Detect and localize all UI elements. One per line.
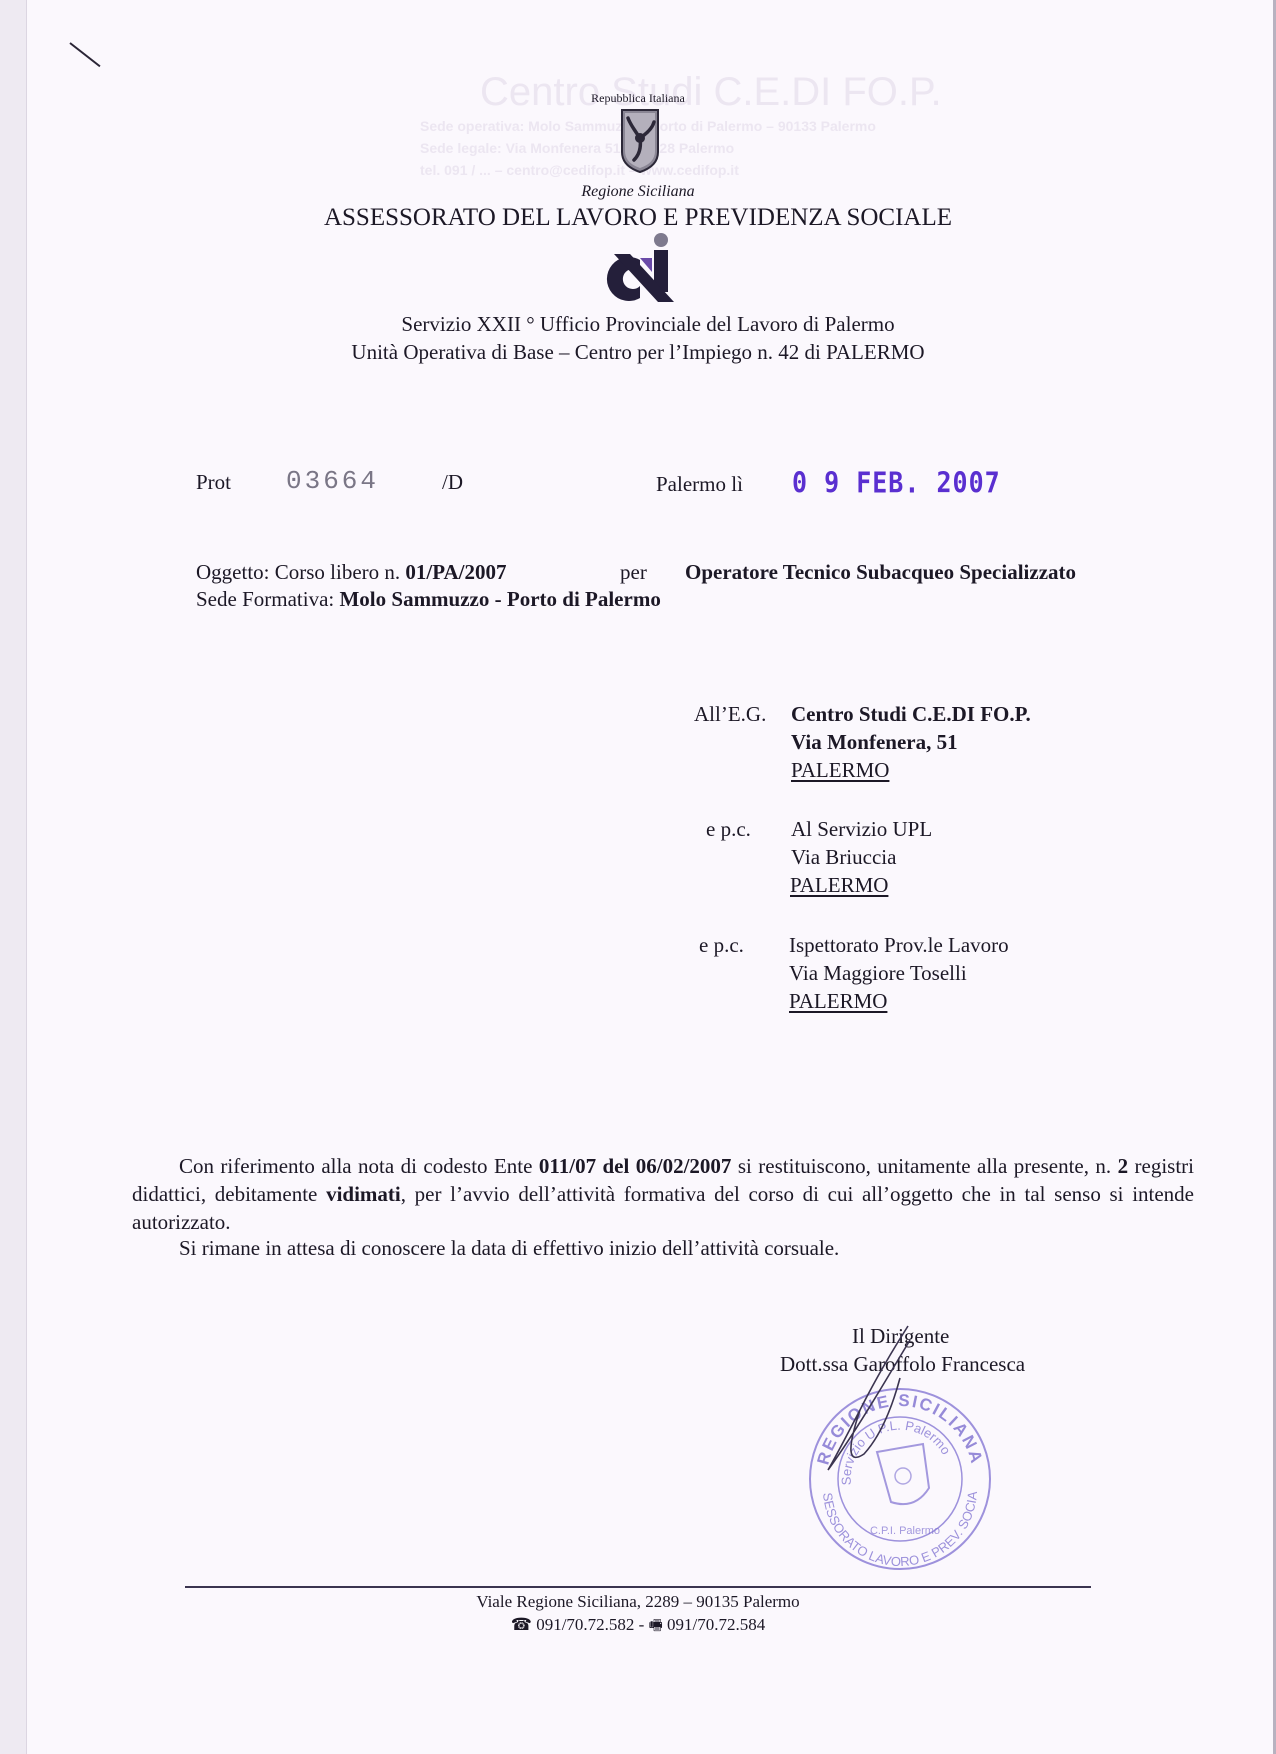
protocol-number: 03664 <box>286 466 379 496</box>
date-stamp: 0 9 FEB. 2007 <box>792 466 1001 499</box>
phone-icon: ☎ <box>511 1615 532 1634</box>
stamp-inner-bottom: C.P.I. Palermo <box>870 1525 940 1537</box>
course-name: Operatore Tecnico Subacqueo Specializzat… <box>685 560 1076 585</box>
republic-label: Repubblica Italiana <box>0 91 1276 106</box>
recipient-city: PALERMO <box>790 873 888 898</box>
fax-icon: 🖷 <box>649 1618 663 1634</box>
fax-number: 091/70.72.584 <box>667 1615 765 1634</box>
recipient-city: PALERMO <box>789 989 887 1014</box>
date-stamp-wrapper: 0 9 FEB. 2007 <box>792 468 1001 497</box>
unit-line: Unità Operativa di Base – Centro per l’I… <box>0 340 1276 365</box>
department-title: ASSESSORATO DEL LAVORO E PREVIDENZA SOCI… <box>0 204 1276 232</box>
recipient-prefix: e p.c. <box>706 817 751 842</box>
recipient-line: Via Monfenera, 51 <box>791 730 958 755</box>
recipient-line: Via Briuccia <box>791 845 896 870</box>
subject-line: Oggetto: Corso libero n. 01/PA/2007 <box>196 560 507 585</box>
place-label: Palermo lì <box>656 472 743 497</box>
recipient-prefix: e p.c. <box>699 933 744 958</box>
venue-line: Sede Formativa: Molo Sammuzzo - Porto di… <box>196 587 661 612</box>
course-number: 01/PA/2007 <box>405 560 506 584</box>
body-paragraph-1: Con riferimento alla nota di codesto Ent… <box>132 1152 1194 1236</box>
venue-label: Sede Formativa: <box>196 587 334 611</box>
phone-number: 091/70.72.582 <box>536 1615 634 1634</box>
recipient-line: Al Servizio UPL <box>791 817 932 842</box>
service-line: Servizio XXII ° Ufficio Provinciale del … <box>0 312 1276 337</box>
bleed-through-line: tel. 091 / ... – centro@cedifop.it – www… <box>420 162 739 178</box>
scan-page-edge <box>0 0 27 1754</box>
footer-contacts: ☎ 091/70.72.582 - 🖷 091/70.72.584 <box>0 1615 1276 1640</box>
protocol-suffix: /D <box>442 470 463 495</box>
subject-label: Oggetto: Corso libero n. <box>196 560 400 584</box>
contact-separator: - <box>639 1615 645 1634</box>
recipient-line: Ispettorato Prov.le Lavoro <box>789 933 1009 958</box>
subject-connector: per <box>620 560 647 585</box>
handwritten-signature <box>800 1320 940 1510</box>
bleed-through-line: Sede legale: Via Monfenera 51 – 90128 Pa… <box>420 140 734 156</box>
recipient-line: Centro Studi C.E.DI FO.P. <box>791 702 1031 727</box>
trinacria-coat-of-arms-icon <box>620 108 660 174</box>
body-paragraph-2: Si rimane in attesa di conoscere la data… <box>179 1236 839 1261</box>
footer-address: Viale Regione Siciliana, 2289 – 90135 Pa… <box>0 1592 1276 1612</box>
recipient-city: PALERMO <box>791 758 889 783</box>
pen-mark <box>69 42 100 67</box>
region-label: Regione Siciliana <box>0 183 1276 201</box>
protocol-label: Prot <box>196 470 231 495</box>
venue-value: Molo Sammuzzo - Porto di Palermo <box>339 587 660 611</box>
recipient-prefix: All’E.G. <box>694 702 766 727</box>
ci-logo-icon <box>600 232 674 304</box>
recipient-line: Via Maggiore Toselli <box>789 961 967 986</box>
footer-divider <box>185 1586 1091 1588</box>
